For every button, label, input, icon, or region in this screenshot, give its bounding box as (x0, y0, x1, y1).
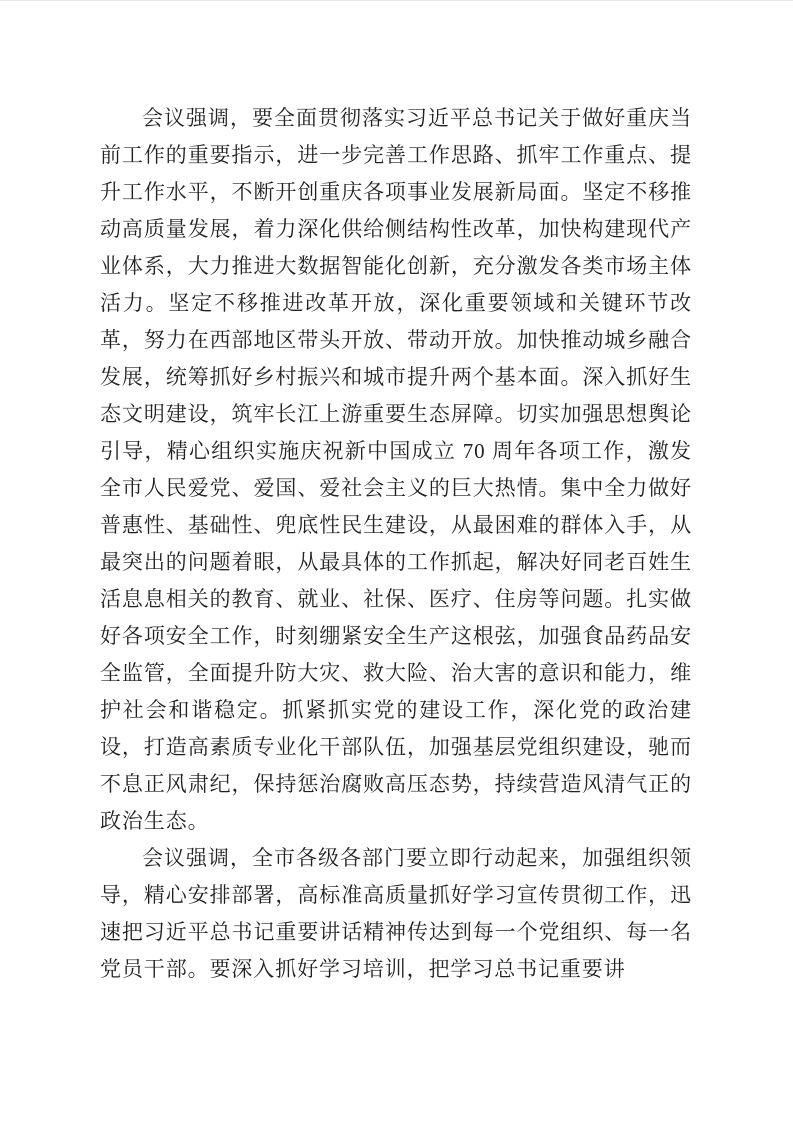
paragraph-meeting-emphasis-2: 会议强调，全市各级各部门要立即行动起来，加强组织领导，精心安排部署，高标准高质量… (100, 840, 692, 988)
document-body: 会议强调，要全面贯彻落实习近平总书记关于做好重庆当前工作的重要指示，进一步完善工… (100, 100, 692, 988)
paragraph-meeting-emphasis-1: 会议强调，要全面贯彻落实习近平总书记关于做好重庆当前工作的重要指示，进一步完善工… (100, 100, 692, 840)
document-page: 会议强调，要全面贯彻落实习近平总书记关于做好重庆当前工作的重要指示，进一步完善工… (0, 0, 793, 1122)
